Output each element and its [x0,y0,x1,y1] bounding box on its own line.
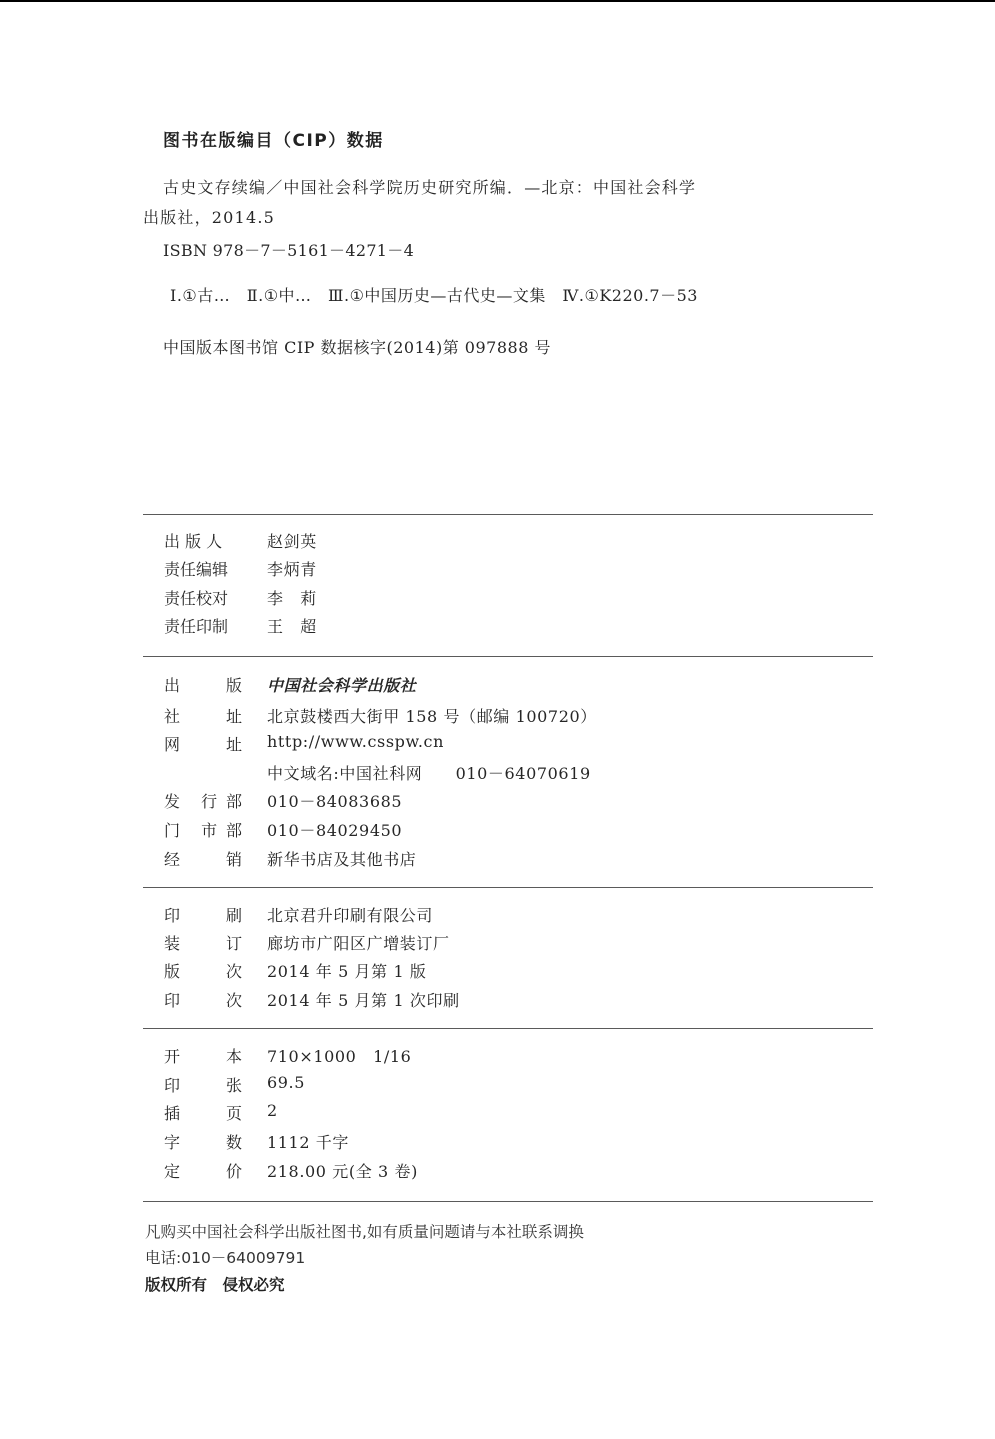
field-value: 218.00 元(全 3 卷) [267,1159,418,1182]
divider [143,656,873,657]
field-label: 开 [164,1044,180,1067]
field-label: 定 [164,1159,180,1182]
field-label: 址 [226,732,242,755]
field-label: 发 行 [164,789,225,812]
field-value: 廊坊市广阳区广增装订厂 [267,931,450,954]
field-label: 印 [164,903,180,926]
staff-label: 责任校对 [164,586,228,609]
field-label: 出 [164,673,180,696]
field-value: 北京君升印刷有限公司 [267,903,433,926]
staff-value: 李 莉 [267,586,317,609]
field-label: 版 [226,673,242,696]
field-label: 次 [226,988,242,1011]
divider [143,514,873,515]
website-link[interactable]: http://www.csspw.cn [267,732,444,751]
field-label: 网 [164,732,180,755]
cip-subjects: Ⅰ.①古… Ⅱ.①中… Ⅲ.①中国历史—古代史—文集 Ⅳ.①K220.7－53 [170,283,698,306]
field-label: 版 [164,959,180,982]
field-label: 价 [226,1159,242,1182]
field-value: 010－84029450 [267,818,402,841]
field-label: 订 [226,931,242,954]
field-label: 页 [226,1101,242,1124]
footer-phone: 电话:010－64009791 [145,1246,305,1268]
field-label: 印 [164,988,180,1011]
field-label: 刷 [226,903,242,926]
field-label: 销 [226,847,242,870]
field-value: 710×1000 1/16 [267,1044,411,1067]
field-value: 2014 年 5 月第 1 版 [267,959,427,982]
top-border [0,0,995,2]
staff-value: 李炳青 [267,557,317,580]
publisher-logo-text: 中国社会科学出版社 [267,673,416,696]
staff-value: 王 超 [267,614,317,637]
field-value: 2014 年 5 月第 1 次印刷 [267,988,460,1011]
field-value: 69.5 [267,1073,305,1092]
field-label: 装 [164,931,180,954]
field-label: 址 [226,704,242,727]
field-label: 字 [164,1130,180,1153]
field-value: 新华书店及其他书店 [267,847,416,870]
field-value: 中文域名:中国社科网 010－64070619 [267,761,591,784]
cip-line-2: 出版社，2014.5 [143,205,275,228]
divider [143,1201,873,1202]
cip-title: 图书在版编目（CIP）数据 [163,126,384,151]
field-label: 数 [226,1130,242,1153]
cip-isbn: ISBN 978－7－5161－4271－4 [163,238,414,261]
field-label: 门 市 [164,818,225,841]
cip-verification: 中国版本图书馆 CIP 数据核字(2014)第 097888 号 [163,335,551,358]
field-value: 北京鼓楼西大街甲 158 号（邮编 100720） [267,704,597,727]
field-label: 部 [226,818,242,841]
staff-value: 赵剑英 [267,529,317,552]
divider [143,1028,873,1029]
field-label: 次 [226,959,242,982]
cip-line-1: 古史文存续编／中国社会科学院历史研究所编．—北京：中国社会科学 [163,175,696,198]
staff-label: 责任印制 [164,614,228,637]
divider [143,887,873,888]
field-label: 部 [226,789,242,812]
field-label: 张 [226,1073,242,1096]
staff-label: 责任编辑 [164,557,228,580]
staff-label: 出 版 人 [164,529,222,552]
field-value: 1112 千字 [267,1130,349,1153]
footer-rights: 版权所有 侵权必究 [145,1273,285,1295]
field-label: 插 [164,1101,180,1124]
field-value: 2 [267,1101,278,1120]
field-label: 社 [164,704,180,727]
footer-notice: 凡购买中国社会科学出版社图书,如有质量问题请与本社联系调换 [145,1220,584,1242]
field-label: 经 [164,847,180,870]
field-label: 本 [226,1044,242,1067]
field-value: 010－84083685 [267,789,402,812]
field-label: 印 [164,1073,180,1096]
